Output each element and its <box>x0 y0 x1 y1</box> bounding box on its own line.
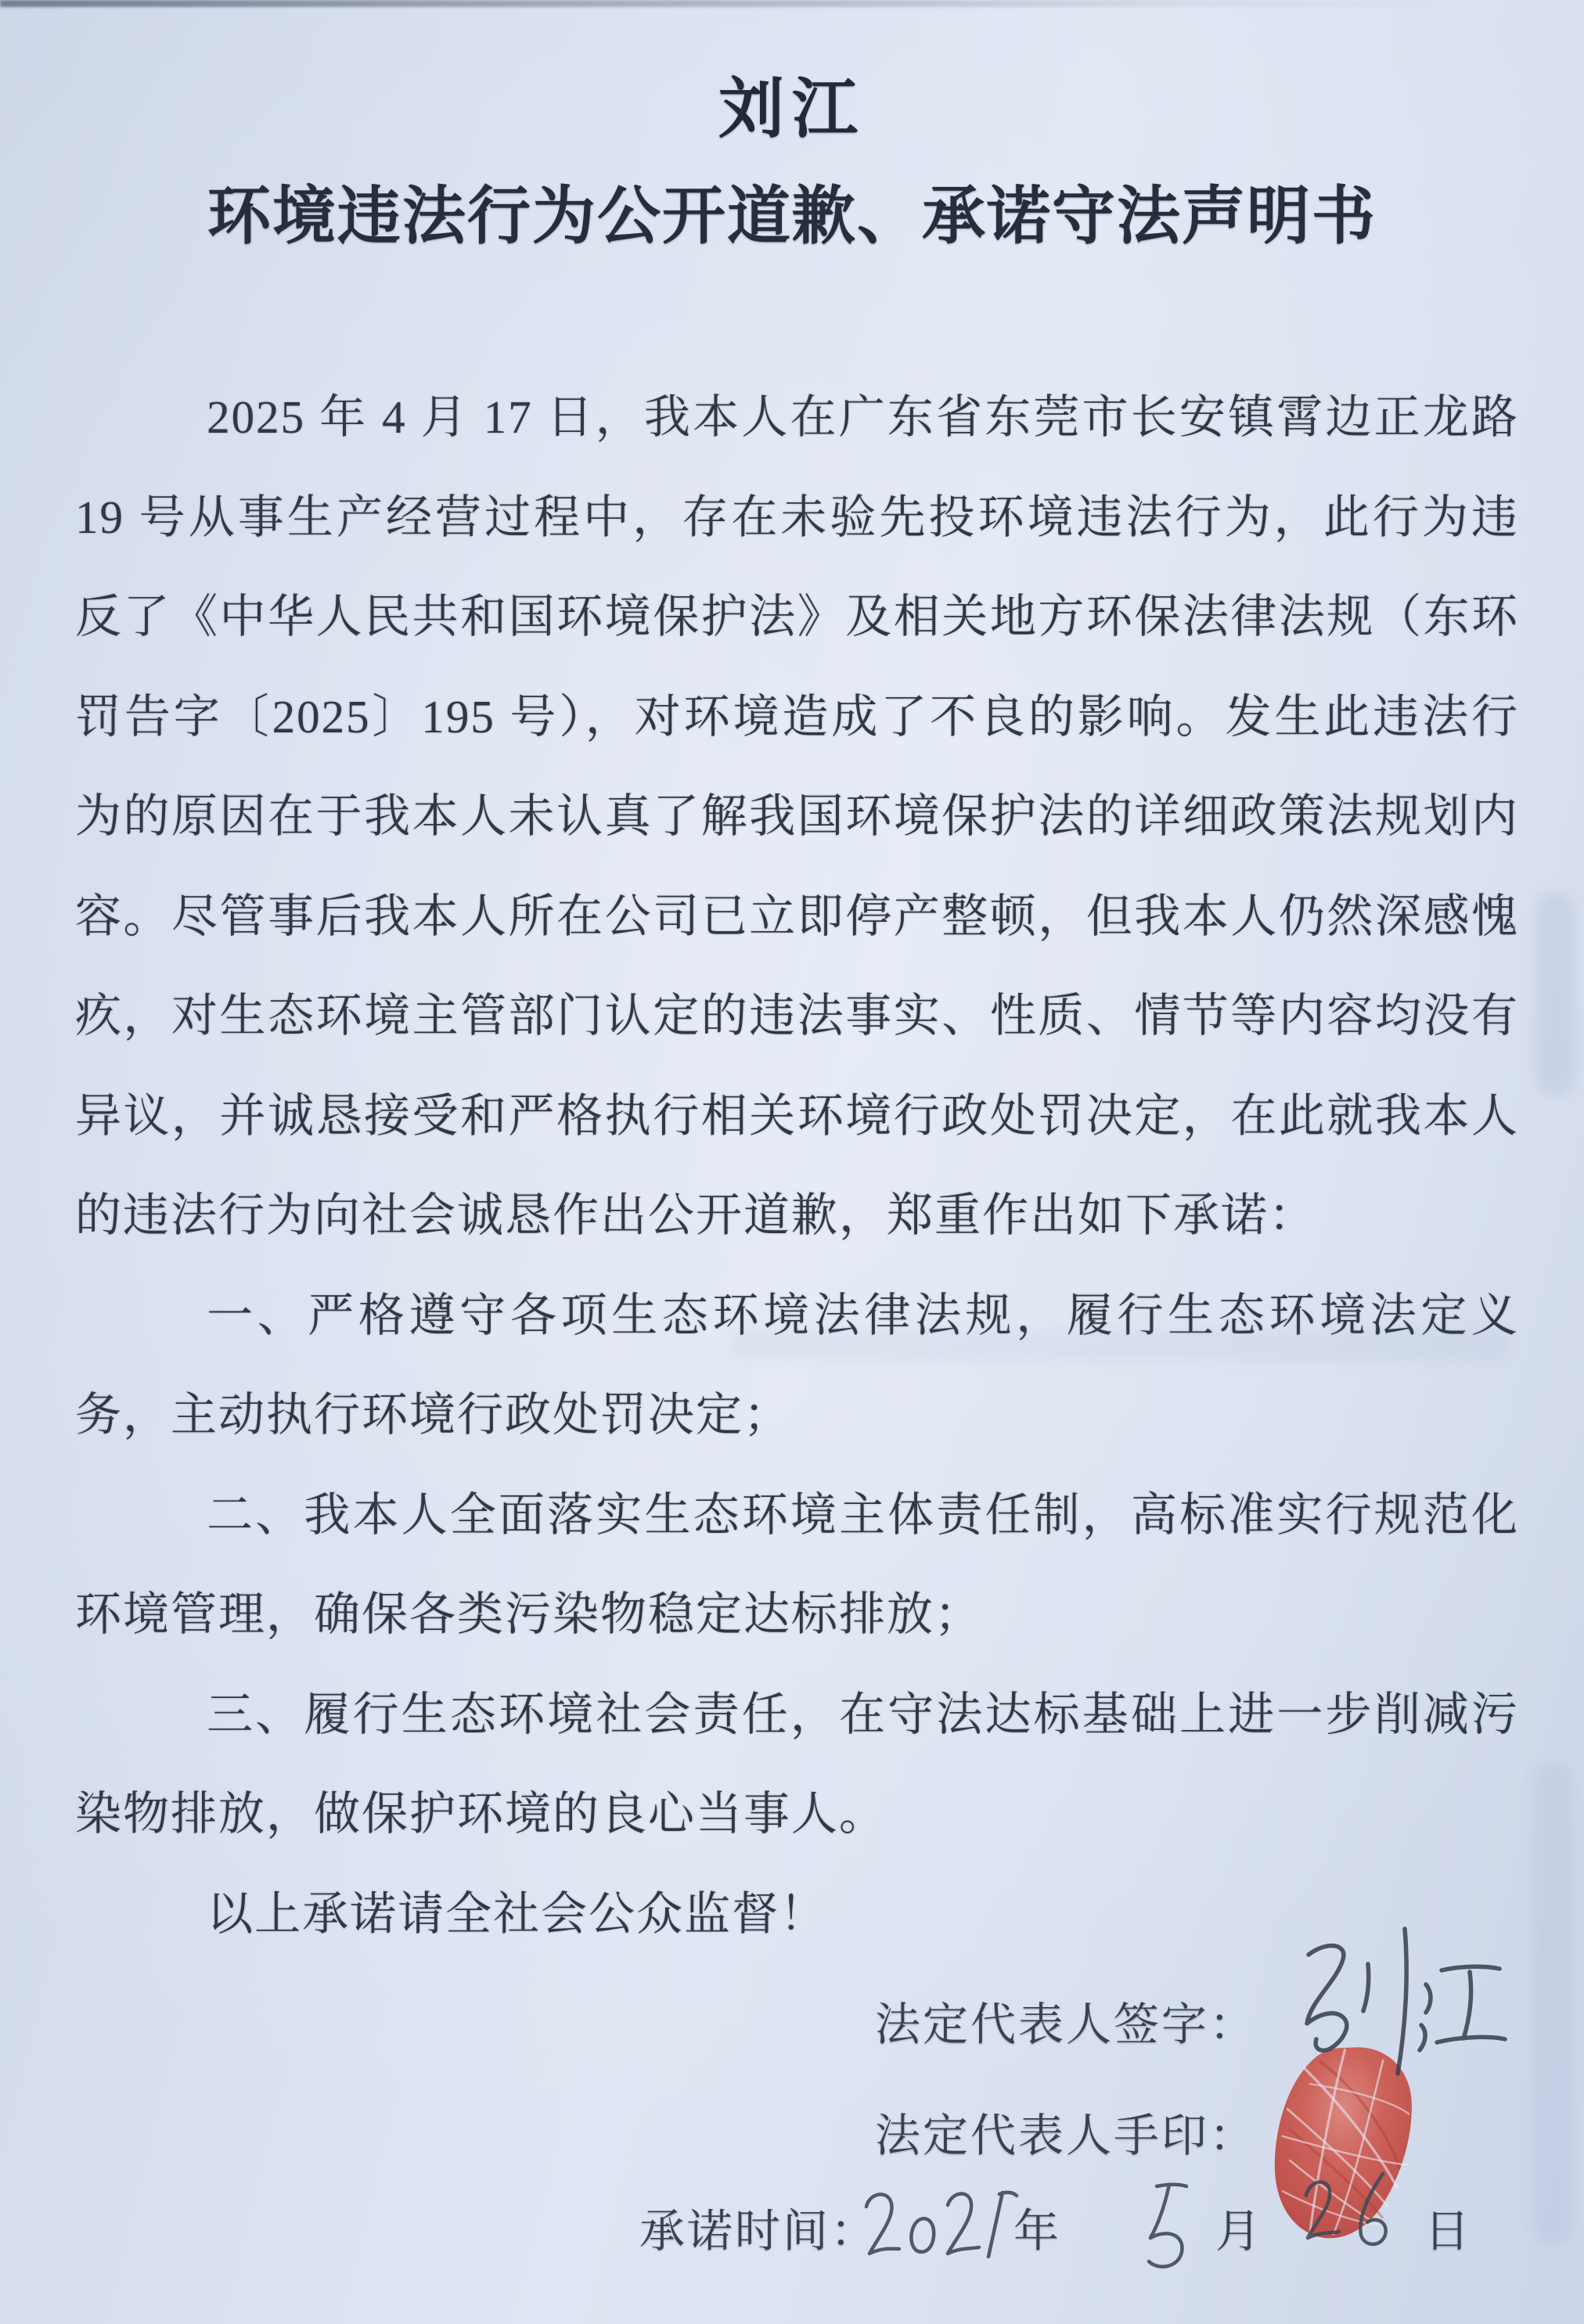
legal-representative-signature-label: 法定代表人签字： <box>875 1988 1257 2053</box>
body-paragraph-intro: 2025 年 4 月 17 日，我本人在广东省东莞市长安镇霄边正龙路 19 号从… <box>75 368 1519 1266</box>
month-unit: 月 <box>1215 2194 1263 2260</box>
bleed-through-smudge <box>1535 892 1575 1095</box>
commit-date-label: 承诺时间： <box>639 2194 878 2260</box>
handwritten-day <box>1295 2169 1405 2249</box>
legal-representative-fingerprint-label: 法定代表人手印： <box>875 2099 1257 2164</box>
day-unit: 日 <box>1424 2194 1472 2260</box>
document-title: 刘江 <box>0 56 1584 151</box>
handwritten-year <box>857 2183 1017 2268</box>
document-body: 2025 年 4 月 17 日，我本人在广东省东莞市长安镇霄边正龙路 19 号从… <box>75 368 1519 1964</box>
document-page: 刘江 环境违法行为公开道歉、承诺守法声明书 2025 年 4 月 17 日，我本… <box>0 0 1584 2324</box>
body-paragraph-commitment-3: 三、履行生态环境社会责任，在守法达标基础上进一步削减污染物排放，做保护环境的良心… <box>75 1665 1519 1865</box>
body-paragraph-commitment-1: 一、严格遵守各项生态环境法律法规，履行生态环境法定义务，主动执行环境行政处罚决定… <box>75 1266 1519 1466</box>
photo-edge-shadow <box>0 0 1584 7</box>
bleed-through-smudge <box>1532 1761 1575 2246</box>
year-unit: 年 <box>1013 2194 1061 2260</box>
handwritten-signature <box>1276 1909 1510 2089</box>
handwritten-month <box>1141 2180 1196 2272</box>
body-paragraph-commitment-2: 二、我本人全面落实生态环境主体责任制，高标准实行规范化环境管理，确保各类污染物稳… <box>75 1466 1519 1665</box>
document-subtitle: 环境违法行为公开道歉、承诺守法声明书 <box>0 166 1584 257</box>
